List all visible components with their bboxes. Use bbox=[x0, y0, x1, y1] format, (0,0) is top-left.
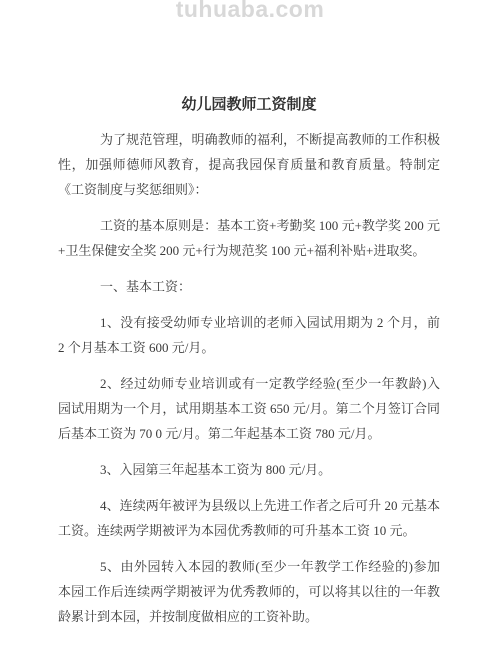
paragraph-item-5: 5、由外园转入本园的教师(至少一年教学工作经验的)参加本园工作后连续两学期被评为… bbox=[58, 554, 440, 629]
paragraph-item-1: 1、没有接受幼师专业培训的老师入园试用期为 2 个月，前 2 个月基本工资 60… bbox=[58, 310, 440, 360]
paragraph-item-2: 2、经过幼师专业培训或有一定教学经验(至少一年教龄)入园试用期为一个月，试用期基… bbox=[58, 371, 440, 446]
paragraph-item-4: 4、连续两年被评为县级以上先进工作者之后可升 20 元基本工资。连续两学期被评为… bbox=[58, 493, 440, 543]
document-page: 幼儿园教师工资制度 为了规范管理，明确教师的福利，不断提高教师的工作积极性，加强… bbox=[0, 0, 500, 629]
paragraph-intro: 为了规范管理，明确教师的福利，不断提高教师的工作积极性，加强师德师风教育，提高我… bbox=[58, 127, 440, 202]
watermark-text: tuhuaba.com bbox=[0, 0, 500, 23]
section-heading-basic-salary: 一、基本工资： bbox=[58, 274, 440, 299]
paragraph-salary-principle: 工资的基本原则是：基本工资+考勤奖 100 元+教学奖 200 元+卫生保健安全… bbox=[58, 213, 440, 263]
document-title: 幼儿园教师工资制度 bbox=[58, 94, 440, 116]
paragraph-item-3: 3、入园第三年起基本工资为 800 元/月。 bbox=[58, 457, 440, 482]
